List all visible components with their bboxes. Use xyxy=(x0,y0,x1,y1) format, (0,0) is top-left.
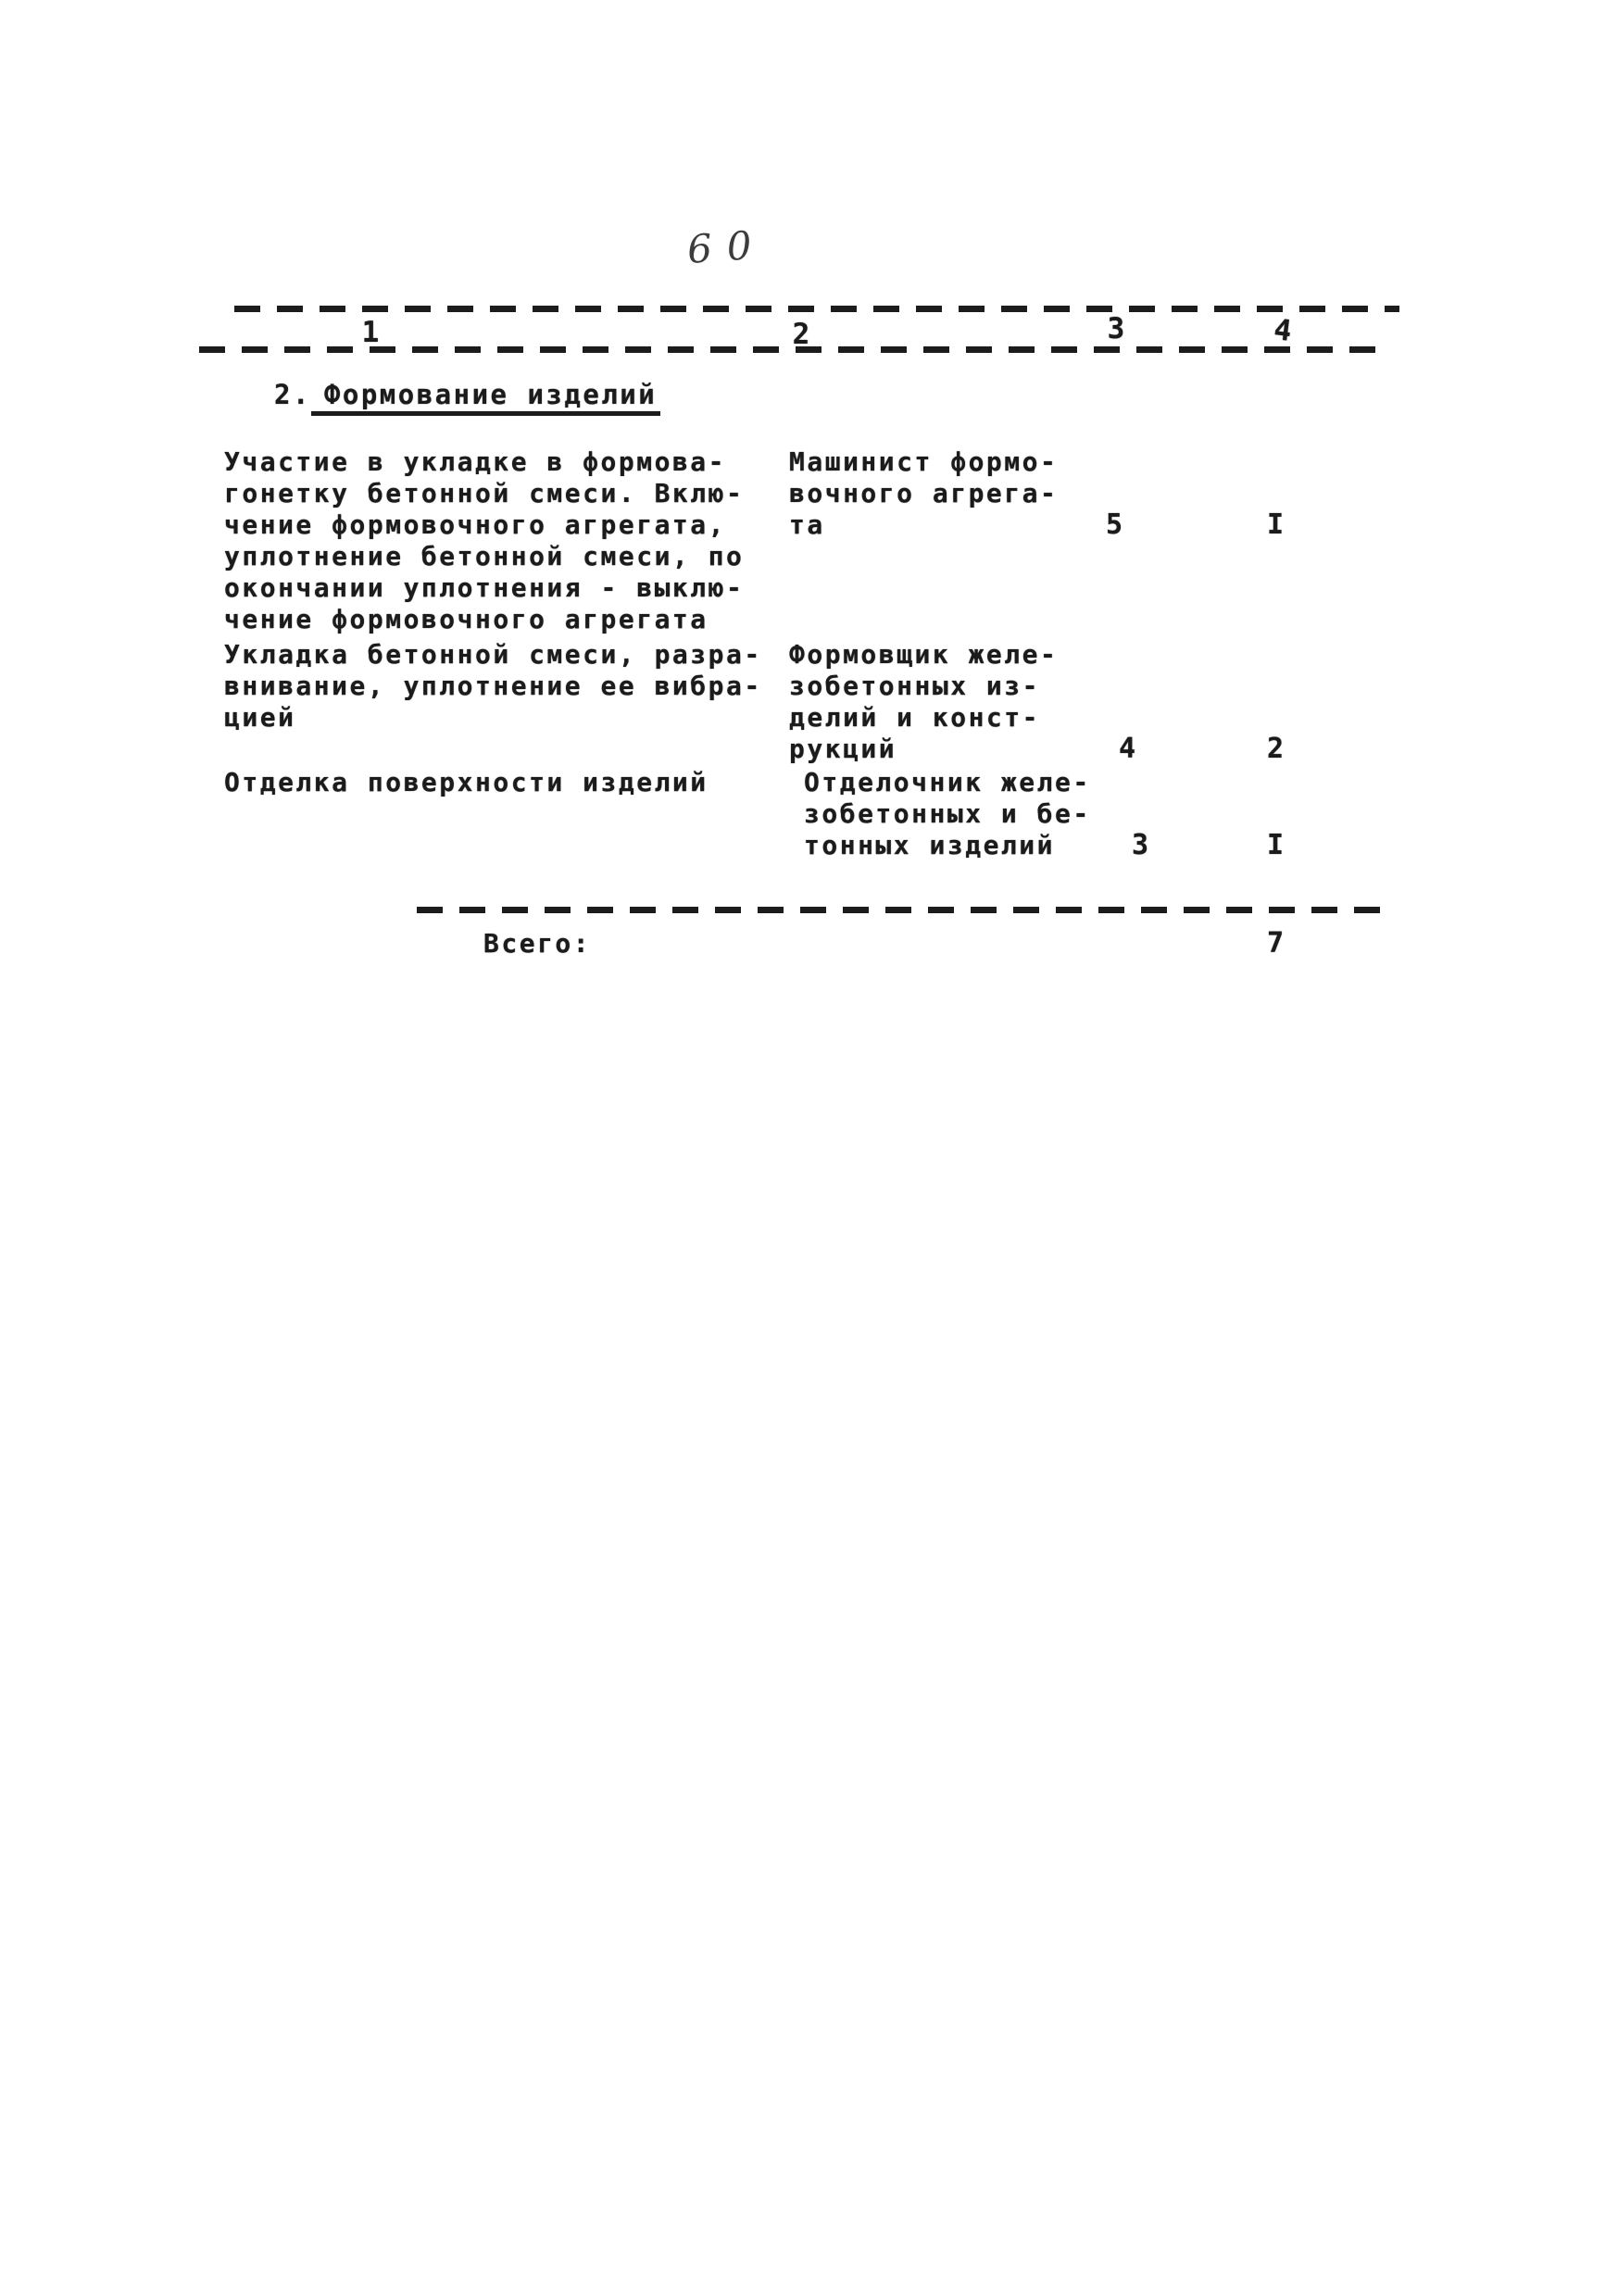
total-value: 7 xyxy=(1234,928,1317,960)
table-header-bottom-divider xyxy=(199,346,1389,353)
section-title: Формование изделий xyxy=(311,378,660,416)
work-description: Участие в укладке в формова- гонетку бет… xyxy=(224,446,803,635)
page-number: 60 xyxy=(685,221,768,272)
grade-value: 4 xyxy=(1085,734,1169,765)
work-description: Отделка поверхности изделий xyxy=(224,767,803,798)
column-number-3: 3 xyxy=(1096,313,1136,345)
column-number-2: 2 xyxy=(781,319,822,350)
table-footer-divider xyxy=(417,907,1380,913)
work-description: Укладка бетонной смеси, разра- внивание,… xyxy=(224,639,803,734)
scanned-document-page: 60 1 2 3 4 2.Формование изделий Участие … xyxy=(0,0,1618,2296)
count-value: 2 xyxy=(1234,734,1317,765)
profession-title: Отделочник желе- зобетонных и бе- тонных… xyxy=(804,767,1119,861)
table-header-top-divider xyxy=(234,306,1399,312)
column-number-4: 4 xyxy=(1261,312,1305,348)
total-label: Всего: xyxy=(483,928,591,960)
profession-title: Машинист формо- вочного агрега- та xyxy=(789,446,1104,541)
count-value: I xyxy=(1234,509,1317,541)
grade-value: 3 xyxy=(1098,830,1182,861)
section-number: 2. xyxy=(274,379,311,410)
grade-value: 5 xyxy=(1072,509,1156,541)
section-heading: 2.Формование изделий xyxy=(274,378,660,416)
profession-title: Формовщик желе- зобетонных из- делий и к… xyxy=(789,639,1104,765)
column-number-1: 1 xyxy=(350,317,391,348)
count-value: I xyxy=(1234,830,1317,861)
